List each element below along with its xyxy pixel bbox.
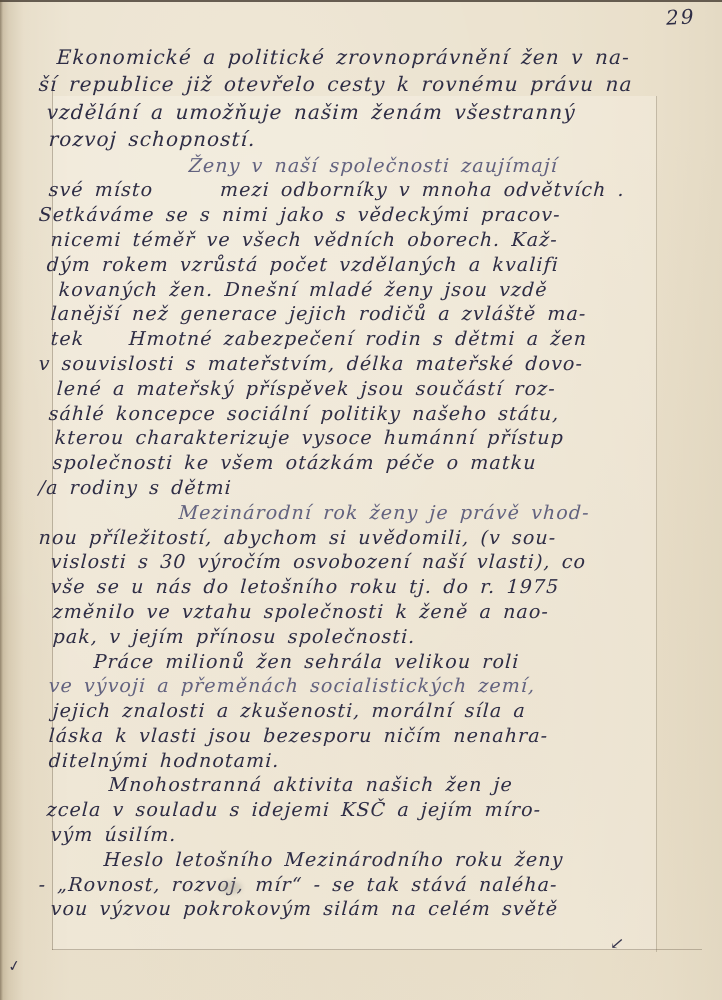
text-line: láska k vlasti jsou bezesporu ničím nena… — [38, 724, 707, 749]
text-line: změnilo ve vztahu společnosti k ženě a n… — [38, 600, 707, 625]
text-line: Práce milionů žen sehrála velikou roli — [38, 650, 707, 675]
text-line: Mnohostranná aktivita našich žen je — [38, 773, 707, 798]
text-line: rozvoj schopností. — [38, 126, 707, 153]
text-line: ditelnými hodnotami. — [38, 749, 707, 774]
text-line: Mezinárodní rok ženy je právě vhod- — [38, 501, 707, 526]
page-number: 29 — [665, 4, 696, 30]
text-line: pak, v jejím přínosu společnosti. — [38, 625, 707, 650]
text-line: Ekonomické a politické zrovnoprávnění že… — [38, 44, 707, 71]
text-line: společnosti ke všem otázkám péče o matku — [38, 451, 707, 476]
paper-smudge — [220, 881, 242, 894]
check-mark-icon: ✓ — [7, 956, 23, 976]
handwritten-text: Ekonomické a politické zrovnoprávnění že… — [38, 44, 706, 922]
text-line: sáhlé koncepce sociální politiky našeho … — [38, 402, 707, 427]
text-line: tek Hmotné zabezpečení rodin s dětmi a ž… — [38, 327, 707, 352]
text-line: nou příležitostí, abychom si uvědomili, … — [38, 526, 707, 551]
text-line: jejich znalosti a zkušenosti, morální sí… — [38, 699, 707, 724]
text-line: vislosti s 30 výročím osvobození naší vl… — [38, 550, 707, 575]
text-line: vše se u nás do letošního roku tj. do r.… — [38, 575, 707, 600]
text-line: Ženy v naší společnosti zaujímají — [38, 154, 707, 179]
text-line: Setkáváme se s nimi jako s vědeckými pra… — [38, 203, 707, 228]
text-line: v souvislosti s mateřstvím, délka mateřs… — [38, 352, 707, 377]
text-line: Heslo letošního Mezinárodního roku ženy — [38, 848, 707, 873]
pencil-margin-line-bottom — [52, 949, 702, 950]
text-line: ší republice již otevřelo cesty k rovném… — [38, 71, 707, 98]
arrow-mark-icon: ↙ — [609, 934, 625, 955]
scan-top-edge — [0, 0, 722, 2]
text-line: kterou charakterizuje vysoce humánní pří… — [38, 426, 707, 451]
text-line: své místo mezi odborníky v mnoha odvětví… — [38, 178, 707, 203]
text-line: lanější než generace jejich rodičů a zvl… — [38, 302, 707, 327]
text-line: vou výzvou pokrokovým silám na celém svě… — [38, 897, 707, 922]
scanned-document-page: 29 Ekonomické a politické zrovnoprávnění… — [0, 0, 722, 1000]
text-line: nicemi téměř ve všech vědních oborech. K… — [38, 228, 707, 253]
text-line: lené a mateřský příspěvek jsou součástí … — [38, 377, 707, 402]
text-line: - „Rovnost, rozvoj, mír“ - se tak stává … — [38, 873, 707, 898]
text-line: dým rokem vzrůstá počet vzdělaných a kva… — [38, 253, 707, 278]
text-line: zcela v souladu s idejemi KSČ a jejím mí… — [38, 798, 707, 823]
text-line: vým úsilím. — [38, 823, 707, 848]
text-line: /a rodiny s dětmi — [38, 476, 707, 501]
paper-left-edge — [0, 0, 3, 1000]
text-line: vzdělání a umožňuje našim ženám všestran… — [38, 99, 707, 126]
text-line: kovaných žen. Dnešní mladé ženy jsou vzd… — [38, 278, 707, 303]
text-line: ve vývoji a přeměnách socialistických ze… — [38, 674, 707, 699]
